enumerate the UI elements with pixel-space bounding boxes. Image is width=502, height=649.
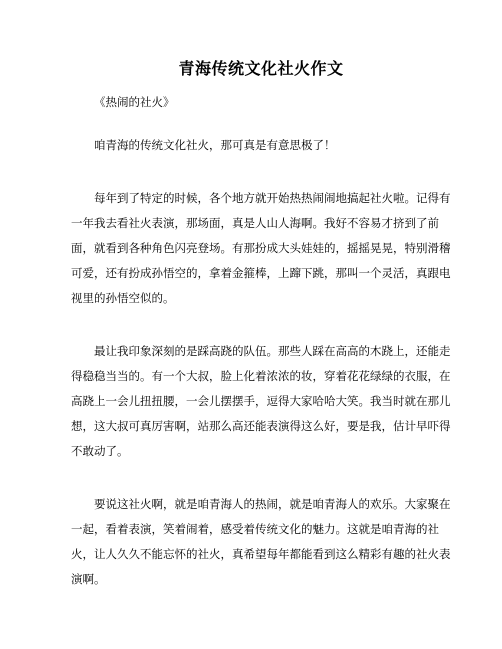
paragraph: 每年到了特定的时候，各个地方就开始热热闹闹地搞起社火啦。记得有一年我去看社火表演… xyxy=(71,186,451,311)
document-title: 青海传统文化社火作文 xyxy=(71,59,451,78)
document-body: 咱青海的传统文化社火，那可真是有意思极了！每年到了特定的时候，各个地方就开始热热… xyxy=(71,133,451,592)
paragraph: 最让我印象深刻的是踩高跷的队伍。那些人踩在高高的木跷上，还能走得稳稳当当的。有一… xyxy=(71,339,451,464)
paragraph: 要说这社火啊，就是咱青海人的热闹，就是咱青海人的欢乐。大家聚在一起，看着表演，笑… xyxy=(71,492,451,592)
document-page: 青海传统文化社火作文 《热闹的社火》 咱青海的传统文化社火，那可真是有意思极了！… xyxy=(0,0,502,649)
paragraph: 咱青海的传统文化社火，那可真是有意思极了！ xyxy=(71,133,451,158)
document-subtitle: 《热闹的社火》 xyxy=(71,90,451,115)
